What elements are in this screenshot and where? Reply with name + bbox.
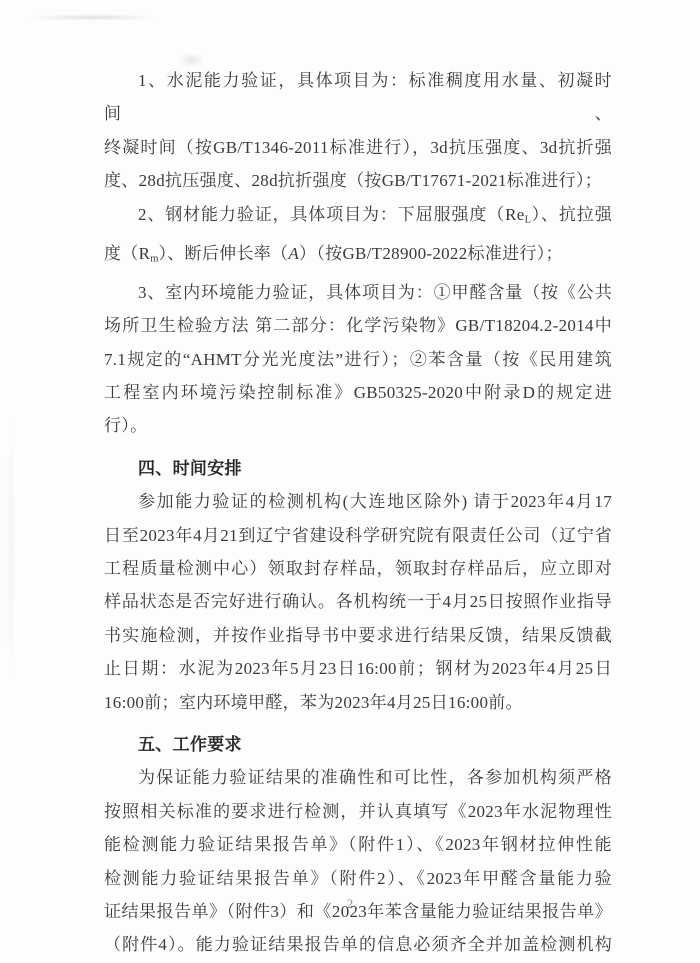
- scan-artifact: [6, 420, 16, 680]
- steel-text: ）（按GB/T28900-2022标准进行）；: [299, 244, 563, 263]
- italic-A: A: [288, 244, 299, 263]
- page-number: 2: [0, 896, 700, 912]
- para-indoor-line-4: 工程室内环境污染控制标准》GB50325-2020中附录D的规定进行）。: [104, 376, 612, 443]
- scan-artifact: [28, 14, 158, 21]
- para-indoor-line-1: 3、室内环境能力验证，具体项目为：①甲醛含量（按《公共: [104, 276, 612, 309]
- para-cement-line-1: 1、水泥能力验证，具体项目为：标准稠度用水量、初凝时间、: [104, 64, 612, 131]
- para-indoor-line-3: 7.1规定的“AHMT分光光度法”进行）；②苯含量（按《民用建筑: [104, 343, 612, 376]
- para-schedule-line-5: 书实施检测，并按作业指导书中要求进行结果反馈，结果反馈截: [104, 619, 612, 652]
- para-cement-line-2: 终凝时间（按GB/T1346-2011标准进行），3d抗压强度、3d抗折强: [104, 131, 612, 164]
- para-requirements-line-4: 检测能力验证结果报告单》（附件2）、《2023年甲醛含量能力验: [104, 862, 612, 895]
- para-requirements-line-2: 按照相关标准的要求进行检测，并认真填写《2023年水泥物理性: [104, 795, 612, 828]
- document-page: 1、水泥能力验证，具体项目为：标准稠度用水量、初凝时间、 终凝时间（按GB/T1…: [0, 0, 700, 963]
- para-cement-line-3: 度、28d抗压强度、28d抗折强度（按GB/T17671-2021标准进行）；: [104, 164, 612, 197]
- para-indoor-line-2: 场所卫生检验方法 第二部分：化学污染物》GB/T18204.2-2014中: [104, 309, 612, 342]
- para-steel-line-1: 2、钢材能力验证，具体项目为：下屈服强度（ReL）、抗拉强: [104, 198, 612, 237]
- section-heading-time-schedule: 四、时间安排: [104, 452, 612, 485]
- section-heading-work-requirements: 五、工作要求: [104, 728, 612, 761]
- document-body: 1、水泥能力验证，具体项目为：标准稠度用水量、初凝时间、 终凝时间（按GB/T1…: [104, 64, 612, 962]
- para-requirements-line-1: 为保证能力验证结果的准确性和可比性，各参加机构须严格: [104, 761, 612, 794]
- para-schedule-line-3: 工程质量检测中心）领取封存样品，领取封存样品后，应立即对: [104, 552, 612, 585]
- steel-text: ）、抗拉强: [531, 205, 612, 224]
- para-schedule-line-4: 样品状态是否完好进行确认。各机构统一于4月25日按照作业指导: [104, 585, 612, 618]
- steel-text: 2、钢材能力验证，具体项目为：下屈服强度（Re: [138, 205, 525, 224]
- steel-text: ）、断后伸长率（: [158, 244, 288, 263]
- para-schedule-line-1: 参加能力验证的检测机构(大连地区除外) 请于2023年4月17: [104, 485, 612, 518]
- para-schedule-line-6: 止日期：水泥为2023年5月23日16:00前；钢材为2023年4月25日: [104, 652, 612, 685]
- para-schedule-line-7: 16:00前；室内环境甲醛，苯为2023年4月25日16:00前。: [104, 686, 612, 719]
- para-steel-line-2: 度（Rm）、断后伸长率（A）（按GB/T28900-2022标准进行）；: [104, 237, 612, 276]
- para-schedule-line-2: 日至2023年4月21到辽宁省建设科学研究院有限责任公司（辽宁省: [104, 519, 612, 552]
- para-requirements-line-6: （附件4）。能力验证结果报告单的信息必须齐全并加盖检测机构: [104, 928, 612, 961]
- para-requirements-line-3: 能检测能力验证结果报告单》（附件1）、《2023年钢材拉伸性能: [104, 828, 612, 861]
- steel-text: 度（R: [104, 244, 150, 263]
